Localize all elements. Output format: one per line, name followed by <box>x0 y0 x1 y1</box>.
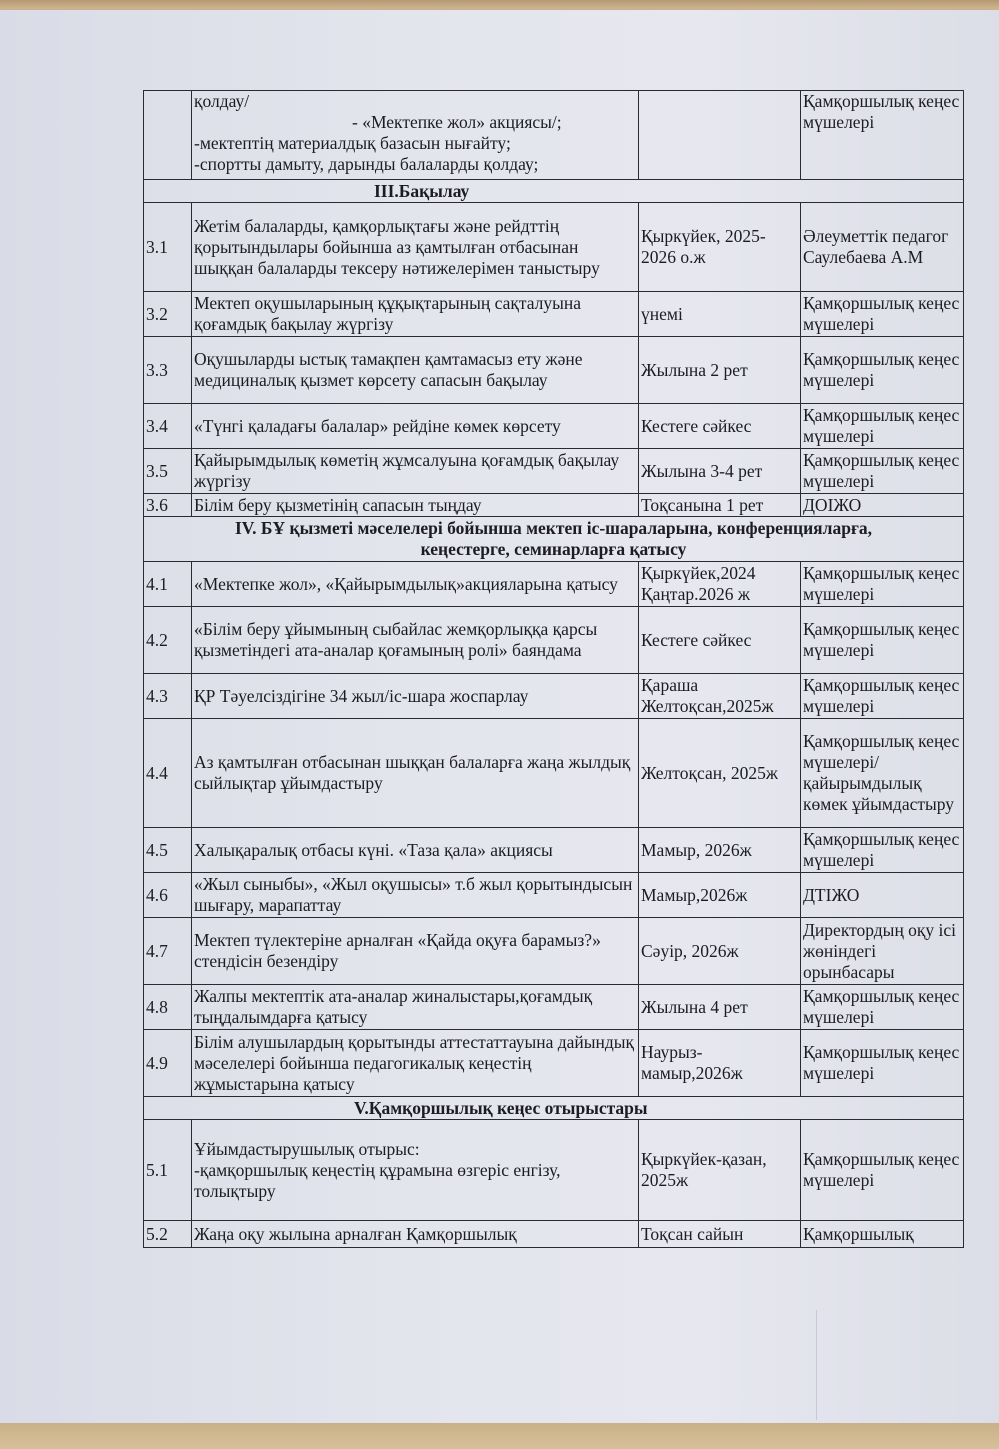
row-activity: «Білім беру ұйымының сыбайлас жемқорлыққ… <box>192 607 639 674</box>
row-date: Қыркүйек-қазан, 2025ж <box>639 1120 801 1221</box>
table-row: 4.5 Халықаралық отбасы күні. «Таза қала»… <box>144 828 964 873</box>
section-header-row: III.Бақылау <box>144 180 964 203</box>
table-row: 3.3 Оқушыларды ыстық тамақпен қамтамасыз… <box>144 337 964 404</box>
row-responsible: ДТІЖО <box>801 873 964 918</box>
table-row: 3.6 Білім беру қызметінің сапасын тыңдау… <box>144 494 964 517</box>
row-number: 4.1 <box>144 562 192 607</box>
row-number: 3.6 <box>144 494 192 517</box>
row-activity: ҚР Тәуелсіздігіне 34 жыл/іс-шара жоспарл… <box>192 674 639 719</box>
section-header-row: V.Қамқоршылық кеңес отырыстары <box>144 1097 964 1120</box>
row-responsible: Қамқоршылық кеңес мүшелері <box>801 562 964 607</box>
row-date: Қыркүйек, 2025-2026 о.ж <box>639 203 801 292</box>
row-responsible: Қамқоршылық кеңес мүшелері <box>801 828 964 873</box>
row-date: Қыркүйек,2024 Қаңтар.2026 ж <box>639 562 801 607</box>
row-number: 3.3 <box>144 337 192 404</box>
row-responsible: Қамқоршылық кеңес мүшелері <box>801 91 964 180</box>
section-header-row: IV. БҰ қызметі мәселелері бойынша мектеп… <box>144 517 964 562</box>
row-activity: Білім беру қызметінің сапасын тыңдау <box>192 494 639 517</box>
activity-line: - «Мектепке жол» акциясы/; <box>194 112 636 133</box>
table-row: 4.4 Аз қамтылған отбасынан шыққан балала… <box>144 719 964 828</box>
row-date: Мамыр, 2026ж <box>639 828 801 873</box>
row-activity: «Мектепке жол», «Қайырымдылық»акцияларын… <box>192 562 639 607</box>
row-date: Тоқсанына 1 рет <box>639 494 801 517</box>
row-responsible: Қамқоршылық кеңес мүшелері <box>801 337 964 404</box>
wood-surface-bottom <box>0 1423 999 1449</box>
activity-line: -қамқоршылық кеңестің құрамына өзгеріс е… <box>194 1160 636 1202</box>
row-date: Сәуір, 2026ж <box>639 918 801 985</box>
table-row: 4.3 ҚР Тәуелсіздігіне 34 жыл/іс-шара жос… <box>144 674 964 719</box>
row-responsible: Қамқоршылық <box>801 1221 964 1248</box>
section-title: III.Бақылау <box>144 180 964 203</box>
row-number: 5.1 <box>144 1120 192 1221</box>
row-activity: Жаңа оқу жылына арналған Қамқоршылық <box>192 1221 639 1248</box>
row-activity: Қайырымдылық көметің жұмсалуына қоғамдық… <box>192 449 639 494</box>
row-number: 4.2 <box>144 607 192 674</box>
row-activity: «Түнгі қаладағы балалар» рейдіне көмек к… <box>192 404 639 449</box>
row-date: Кестеге сәйкес <box>639 607 801 674</box>
table-row: 4.2 «Білім беру ұйымының сыбайлас жемқор… <box>144 607 964 674</box>
table-row: 3.4 «Түнгі қаладағы балалар» рейдіне көм… <box>144 404 964 449</box>
row-responsible: Қамқоршылық кеңес мүшелері <box>801 1030 964 1097</box>
paper-fold-mark <box>816 1310 817 1420</box>
row-date: Желтоқсан, 2025ж <box>639 719 801 828</box>
row-responsible: Қамқоршылық кеңес мүшелері <box>801 404 964 449</box>
row-responsible: Қамқоршылық кеңес мүшелері <box>801 1120 964 1221</box>
row-number: 4.4 <box>144 719 192 828</box>
work-plan-table: қолдау/ - «Мектепке жол» акциясы/; -мект… <box>143 90 964 1248</box>
row-number: 4.9 <box>144 1030 192 1097</box>
row-date: Наурыз-мамыр,2026ж <box>639 1030 801 1097</box>
row-date: Мамыр,2026ж <box>639 873 801 918</box>
row-number: 3.4 <box>144 404 192 449</box>
table-row: 4.8 Жалпы мектептік ата-аналар жиналыста… <box>144 985 964 1030</box>
section-title-line: IV. БҰ қызметі мәселелері бойынша мектеп… <box>146 518 961 539</box>
row-number: 4.7 <box>144 918 192 985</box>
row-number: 4.8 <box>144 985 192 1030</box>
activity-line: -спортты дамыту, дарынды балаларды қолда… <box>194 154 636 175</box>
row-activity: Жалпы мектептік ата-аналар жиналыстары,қ… <box>192 985 639 1030</box>
row-date: Жылына 4 рет <box>639 985 801 1030</box>
row-number: 4.3 <box>144 674 192 719</box>
table-row: 4.1 «Мектепке жол», «Қайырымдылық»акциял… <box>144 562 964 607</box>
row-activity: Ұйымдастырушылық отырыс: -қамқоршылық ке… <box>192 1120 639 1221</box>
row-number: 5.2 <box>144 1221 192 1248</box>
row-responsible: Қамқоршылық кеңес мүшелері <box>801 674 964 719</box>
row-responsible: Қамқоршылық кеңес мүшелері <box>801 292 964 337</box>
table-row: 5.2 Жаңа оқу жылына арналған Қамқоршылық… <box>144 1221 964 1248</box>
row-number: 3.2 <box>144 292 192 337</box>
row-date: Тоқсан сайын <box>639 1221 801 1248</box>
table-row: 5.1 Ұйымдастырушылық отырыс: -қамқоршылы… <box>144 1120 964 1221</box>
row-responsible: Қамқоршылық кеңес мүшелері/қайырымдылық … <box>801 719 964 828</box>
row-responsible: ДОІЖО <box>801 494 964 517</box>
row-responsible: Қамқоршылық кеңес мүшелері <box>801 449 964 494</box>
row-date: Кестеге сәйкес <box>639 404 801 449</box>
row-responsible: Директордың оқу ісі жөніндегі орынбасары <box>801 918 964 985</box>
row-number: 4.5 <box>144 828 192 873</box>
section-title: V.Қамқоршылық кеңес отырыстары <box>144 1097 964 1120</box>
table-row: 4.6 «Жыл сыныбы», «Жыл оқушысы» т.б жыл … <box>144 873 964 918</box>
table-row: 3.1 Жетім балаларды, қамқорлықтағы және … <box>144 203 964 292</box>
row-activity: Мектеп түлектеріне арналған «Қайда оқуға… <box>192 918 639 985</box>
row-number: 3.5 <box>144 449 192 494</box>
row-number <box>144 91 192 180</box>
row-activity: Мектеп оқушыларының құқықтарының сақталу… <box>192 292 639 337</box>
row-activity: Халықаралық отбасы күні. «Таза қала» акц… <box>192 828 639 873</box>
row-responsible: Әлеуметтік педагог Саулебаева А.М <box>801 203 964 292</box>
section-title-line: кеңестерге, семинарларға қатысу <box>146 539 961 560</box>
activity-line: Ұйымдастырушылық отырыс: <box>194 1139 636 1160</box>
row-activity: Жетім балаларды, қамқорлықтағы және рейд… <box>192 203 639 292</box>
row-activity: қолдау/ - «Мектепке жол» акциясы/; -мект… <box>192 91 639 180</box>
row-responsible: Қамқоршылық кеңес мүшелері <box>801 607 964 674</box>
row-date: Қараша Желтоқсан,2025ж <box>639 674 801 719</box>
row-activity: «Жыл сыныбы», «Жыл оқушысы» т.б жыл қоры… <box>192 873 639 918</box>
row-activity: Білім алушылардың қорытынды аттестаттауы… <box>192 1030 639 1097</box>
activity-line: -мектептің материалдық базасын нығайту; <box>194 133 636 154</box>
table-row: 3.2 Мектеп оқушыларының құқықтарының сақ… <box>144 292 964 337</box>
table-row: 4.7 Мектеп түлектеріне арналған «Қайда о… <box>144 918 964 985</box>
row-activity: Оқушыларды ыстық тамақпен қамтамасыз ету… <box>192 337 639 404</box>
row-responsible: Қамқоршылық кеңес мүшелері <box>801 985 964 1030</box>
row-activity: Аз қамтылған отбасынан шыққан балаларға … <box>192 719 639 828</box>
section-title: IV. БҰ қызметі мәселелері бойынша мектеп… <box>144 517 964 562</box>
row-number: 3.1 <box>144 203 192 292</box>
row-date: Жылына 3-4 рет <box>639 449 801 494</box>
activity-line: қолдау/ <box>194 91 636 112</box>
table-row: 4.9 Білім алушылардың қорытынды аттестат… <box>144 1030 964 1097</box>
row-date: Жылына 2 рет <box>639 337 801 404</box>
table-row: 3.5 Қайырымдылық көметің жұмсалуына қоға… <box>144 449 964 494</box>
row-date: үнемі <box>639 292 801 337</box>
table-row: қолдау/ - «Мектепке жол» акциясы/; -мект… <box>144 91 964 180</box>
row-date <box>639 91 801 180</box>
row-number: 4.6 <box>144 873 192 918</box>
